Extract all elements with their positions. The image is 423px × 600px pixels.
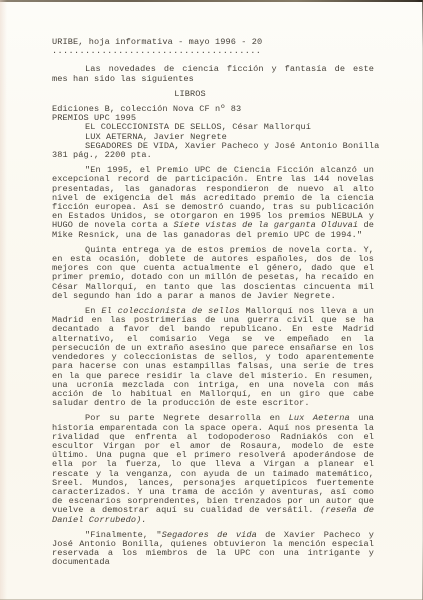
scanned-newsletter-page: URIBE, hoja informativa - mayo 1996 - 20… — [0, 0, 423, 600]
scan-edge-top — [0, 0, 423, 2]
paragraph-text: Mallorquí nos lleva a un Madrid en las p… — [52, 306, 374, 408]
page-content: URIBE, hoja informativa - mayo 1996 - 20… — [52, 38, 374, 574]
review-paragraph-4: Por su parte Negrete desarrolla en Lux A… — [52, 414, 374, 524]
paragraph-text: una historia emparentada con la space op… — [52, 413, 374, 515]
review-paragraph-1: "En 1995, el Premio UPC de Ciencia Ficci… — [52, 166, 374, 240]
intro-paragraph: Las novedades de ciencia ficción y fanta… — [52, 65, 374, 83]
review-paragraph-5: "Finalmente, "Segadores de vida de Xavie… — [52, 531, 374, 568]
scan-edge-left — [0, 0, 7, 600]
review-paragraph-3: En El coleccionista de sellos Mallorquí … — [52, 307, 374, 408]
newsletter-header: URIBE, hoja informativa - mayo 1996 - 20… — [52, 38, 374, 56]
review-paragraph-2: Quinta entrega ya de estos premios de no… — [52, 246, 374, 301]
header-dotted-rule: ...................................... — [52, 47, 374, 56]
book-listing: Ediciones B, colección Nova CF nº 83 PRE… — [52, 105, 374, 160]
pages-price-line: 381 pág., 2200 pta. — [52, 151, 374, 160]
section-heading-libros: LIBROS — [29, 90, 351, 99]
